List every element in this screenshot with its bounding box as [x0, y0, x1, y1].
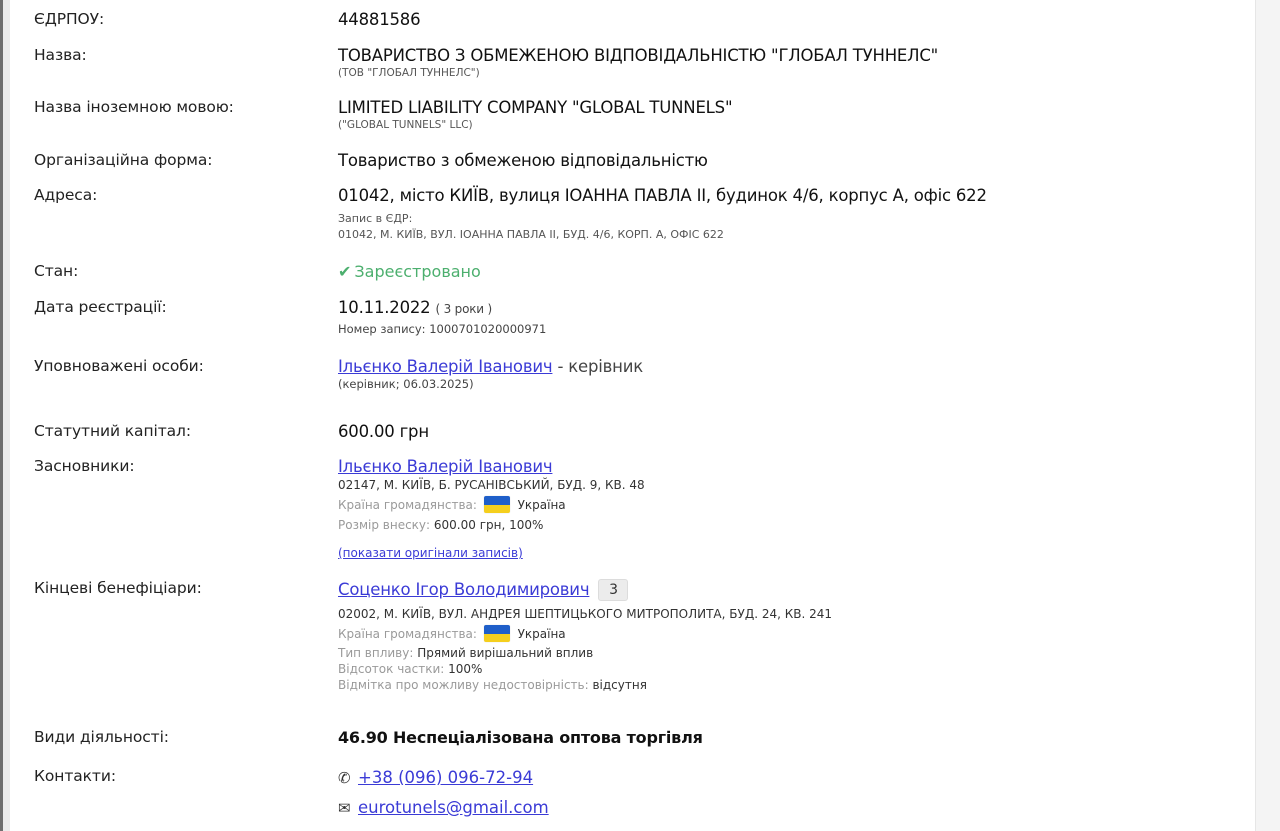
authorized-person-line: Ільєнко Валерій Іванович - керівник	[338, 357, 643, 376]
influence-value: Прямий вирішальний вплив	[417, 646, 593, 660]
founder-address: 02147, М. КИЇВ, Б. РУСАНІВСЬКИЙ, БУД. 9,…	[338, 476, 645, 494]
registration-date-line: 10.11.2022 ( 3 роки )	[338, 298, 546, 317]
record-number-line: Номер запису: 1000701020000971	[338, 320, 546, 338]
authorized-person-detail: (керівник; 06.03.2025)	[338, 376, 643, 392]
founder-citizenship-line: Країна громадянства: Україна	[338, 494, 645, 516]
company-details-panel: ЄДРПОУ: 44881586 Назва: ТОВАРИСТВО З ОБМ…	[10, 0, 1256, 831]
email-link[interactable]: eurotunels@gmail.com	[358, 798, 549, 817]
founder-citizenship-label: Країна громадянства:	[338, 498, 477, 512]
email-line: ✉eurotunels@gmail.com	[338, 793, 549, 823]
check-icon: ✔	[338, 262, 351, 281]
influence-label: Тип впливу:	[338, 646, 413, 660]
status-badge: ✔Зареєстровано	[338, 262, 481, 281]
record-number-label: Номер запису:	[338, 322, 426, 336]
unreliability-label: Відмітка про можливу недостовірність:	[338, 678, 589, 692]
beneficiary-block: Соценко Ігор Володимирович 3 02002, М. К…	[338, 579, 832, 693]
capital-value: 600.00 грн	[338, 422, 429, 441]
unreliability-value: відсутня	[592, 678, 646, 692]
name-short: (ТОВ "ГЛОБАЛ ТУННЕЛС")	[338, 65, 938, 81]
beneficiary-link[interactable]: Соценко Ігор Володимирович	[338, 580, 589, 599]
org-form-label: Організаційна форма:	[34, 151, 212, 169]
address-record-value: 01042, М. КИЇВ, ВУЛ. ІОАННА ПАВЛА II, БУ…	[338, 227, 987, 243]
left-gutter	[3, 0, 10, 831]
founder-link[interactable]: Ільєнко Валерій Іванович	[338, 457, 552, 476]
foreign-name-full: LIMITED LIABILITY COMPANY "GLOBAL TUNNEL…	[338, 98, 732, 117]
ukraine-flag-icon	[484, 496, 510, 513]
address-value: 01042, місто КИЇВ, вулиця ІОАННА ПАВЛА I…	[338, 186, 987, 205]
founder-contribution-line: Розмір внеску: 600.00 грн, 100%	[338, 516, 645, 534]
phone-icon: ✆	[338, 763, 358, 793]
founder-contribution-value: 600.00 грн, 100%	[434, 518, 544, 532]
address-value-block: 01042, місто КИЇВ, вулиця ІОАННА ПАВЛА I…	[338, 186, 987, 243]
authorized-person-role: - керівник	[552, 357, 643, 376]
activities-value: 46.90 Неспеціалізована оптова торгівля	[338, 728, 703, 747]
beneficiary-citizenship-label: Країна громадянства:	[338, 627, 477, 641]
address-record-label: Запис в ЄДР:	[338, 211, 987, 227]
authorized-person-link[interactable]: Ільєнко Валерій Іванович	[338, 357, 552, 376]
contacts-block: ✆+38 (096) 096-72-94 ✉eurotunels@gmail.c…	[338, 763, 549, 823]
beneficiary-influence-line: Тип впливу: Прямий вирішальний вплив	[338, 645, 832, 661]
registration-date-value: 10.11.2022	[338, 298, 430, 317]
phone-line: ✆+38 (096) 096-72-94	[338, 763, 549, 793]
founder-contribution-label: Розмір внеску:	[338, 518, 430, 532]
edrpou-value: 44881586	[338, 10, 420, 29]
ukraine-flag-icon	[484, 625, 510, 642]
founders-label: Засновники:	[34, 457, 134, 475]
status-label: Стан:	[34, 262, 78, 280]
phone-link[interactable]: +38 (096) 096-72-94	[358, 768, 533, 787]
envelope-icon: ✉	[338, 793, 358, 823]
beneficiary-name-line: Соценко Ігор Володимирович 3	[338, 579, 832, 601]
foreign-name-value-block: LIMITED LIABILITY COMPANY "GLOBAL TUNNEL…	[338, 98, 732, 133]
beneficiary-citizenship-value: Україна	[518, 627, 566, 641]
founder-citizenship-value: Україна	[518, 498, 566, 512]
registration-age: ( 3 роки )	[436, 302, 492, 316]
status-value: Зареєстровано	[354, 262, 480, 281]
registration-date-block: 10.11.2022 ( 3 роки ) Номер запису: 1000…	[338, 298, 546, 338]
edrpou-label: ЄДРПОУ:	[34, 10, 104, 28]
activities-label: Види діяльності:	[34, 728, 169, 746]
founder-block: Ільєнко Валерій Іванович 02147, М. КИЇВ,…	[338, 457, 645, 562]
record-number-value: 1000701020000971	[429, 322, 546, 336]
foreign-name-label: Назва іноземною мовою:	[34, 98, 234, 116]
beneficiary-share-line: Відсоток частки: 100%	[338, 661, 832, 677]
beneficiaries-label: Кінцеві бенефіціари:	[34, 579, 202, 597]
registration-date-label: Дата реєстрації:	[34, 298, 167, 316]
address-label: Адреса:	[34, 186, 97, 204]
name-value-block: ТОВАРИСТВО З ОБМЕЖЕНОЮ ВІДПОВІДАЛЬНІСТЮ …	[338, 46, 938, 81]
contacts-label: Контакти:	[34, 767, 116, 785]
name-label: Назва:	[34, 46, 87, 64]
authorized-persons-label: Уповноважені особи:	[34, 357, 204, 375]
beneficiary-address: 02002, М. КИЇВ, ВУЛ. АНДРЕЯ ШЕПТИЦЬКОГО …	[338, 605, 832, 623]
beneficiary-unreliability-line: Відмітка про можливу недостовірність: ві…	[338, 677, 832, 693]
show-originals-link[interactable]: (показати оригінали записів)	[338, 546, 523, 560]
share-label: Відсоток частки:	[338, 662, 444, 676]
beneficiary-count-badge[interactable]: 3	[598, 579, 628, 601]
org-form-value: Товариство з обмеженою відповідальністю	[338, 151, 708, 170]
foreign-name-short: ("GLOBAL TUNNELS" LLC)	[338, 117, 732, 133]
authorized-persons-block: Ільєнко Валерій Іванович - керівник (кер…	[338, 357, 643, 392]
capital-label: Статутний капітал:	[34, 422, 191, 440]
right-gutter	[1256, 0, 1280, 831]
beneficiary-citizenship-line: Країна громадянства: Україна	[338, 623, 832, 645]
name-full: ТОВАРИСТВО З ОБМЕЖЕНОЮ ВІДПОВІДАЛЬНІСТЮ …	[338, 46, 938, 65]
share-value: 100%	[448, 662, 482, 676]
